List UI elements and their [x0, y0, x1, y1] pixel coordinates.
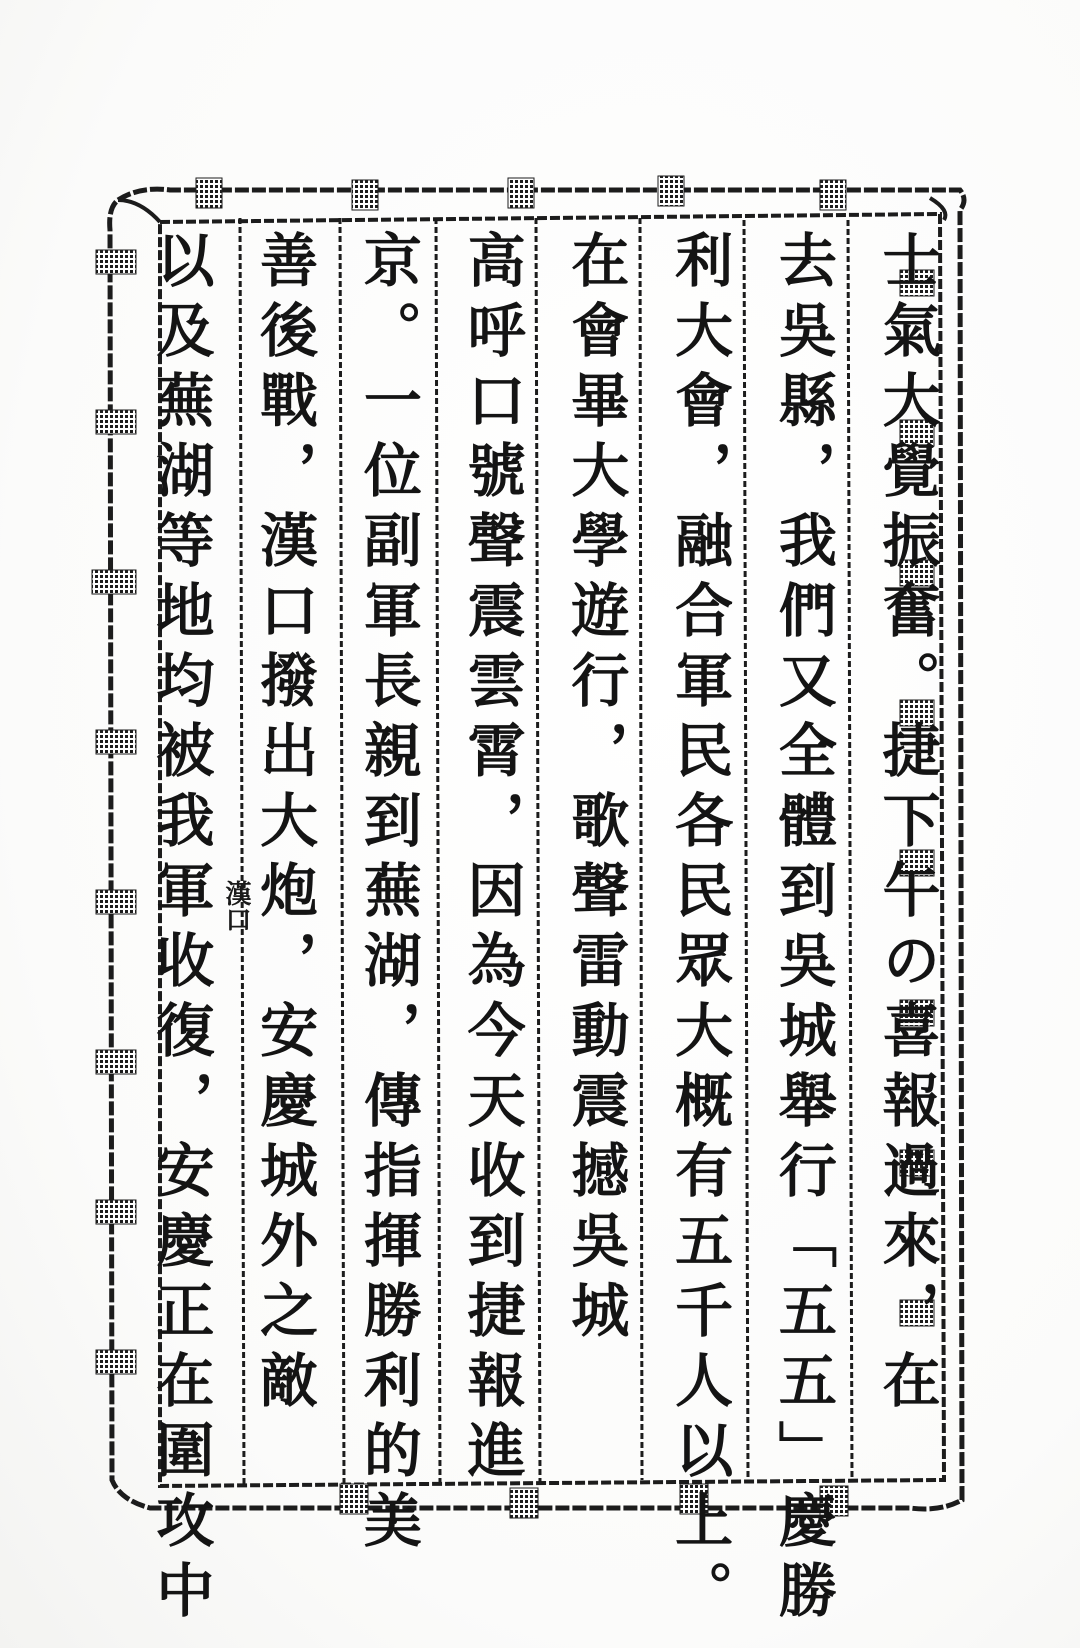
column-4-text: 在會畢大學遊行，歌聲雷動震撼吳城 [543, 210, 646, 1490]
column-4: 在會畢大學遊行，歌聲雷動震撼吳城 [543, 210, 647, 1490]
column-6-text: 京。一位副軍長親到蕪湖，傳指揮勝利的美 [336, 210, 439, 1490]
column-1: 士氣大覺振奮。捷下午の喜報過來，在 [854, 210, 958, 1490]
column-6: 京。一位副軍長親到蕪湖，傳指揮勝利的美 [336, 210, 440, 1490]
column-8-text: 以及蕪湖等地均被我軍收復，安慶正在圍攻中 [128, 210, 231, 1490]
column-2: 去吳縣，我們又全體到吳城舉行「五五」慶勝 [751, 210, 855, 1490]
column-1-text: 士氣大覺振奮。捷下午の喜報過來，在 [855, 210, 958, 1490]
column-7-text: 善後戰，漢口撥出大炮，安慶城外之敵 [232, 210, 335, 1490]
text-columns: 士氣大覺振奮。捷下午の喜報過來，在 去吳縣，我們又全體到吳城舉行「五五」慶勝 利… [128, 210, 958, 1490]
column-5-text: 高呼口號聲震雲霄，因為今天收到捷報進 [440, 210, 543, 1490]
column-7: 善後戰，漢口撥出大炮，安慶城外之敵 [232, 210, 336, 1490]
inserted-note: 漢口 [218, 880, 255, 932]
column-2-text: 去吳縣，我們又全體到吳城舉行「五五」慶勝 [751, 210, 854, 1490]
column-3-text: 利大會，融合軍民各民眾大概有五千人以上。 [647, 210, 750, 1490]
scanned-page: 士氣大覺振奮。捷下午の喜報過來，在 去吳縣，我們又全體到吳城舉行「五五」慶勝 利… [0, 0, 1080, 1648]
column-5: 高呼口號聲震雲霄，因為今天收到捷報進 [439, 210, 543, 1490]
column-3: 利大會，融合軍民各民眾大概有五千人以上。 [647, 210, 751, 1490]
column-8: 以及蕪湖等地均被我軍收復，安慶正在圍攻中 [128, 210, 232, 1490]
